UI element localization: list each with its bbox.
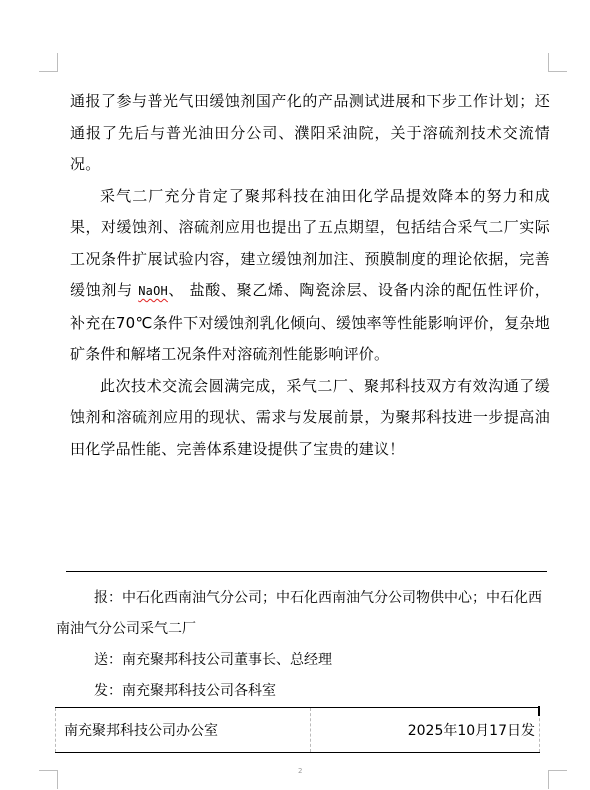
margin-corner-mark-top-left [39,53,58,72]
issuer-footer-table: 南充聚邦科技公司办公室 2025年10月17日发 [55,707,540,753]
margin-corner-mark-bottom-right [548,770,567,789]
distribution-report-to[interactable]: 报：中石化西南油气分公司；中石化西南油气分公司物供中心；中石化西南油气分公司采气… [56,583,546,645]
paragraph-expectations[interactable]: 采气二厂充分肯定了聚邦科技在油田化学品提效降本的努力和成果，对缓蚀剂、溶硫剂应用… [70,181,550,371]
section-divider-line [66,571,547,572]
paragraph-progress-report[interactable]: 通报了参与普光气田缓蚀剂国产化的产品测试进展和下步工作计划；还通报了先后与普光油… [70,86,550,181]
distribution-issue-to[interactable]: 发：南充聚邦科技公司各科室 [56,676,546,707]
margin-corner-mark-top-right [548,53,567,72]
distribution-list[interactable]: 报：中石化西南油气分公司；中石化西南油气分公司物供中心；中石化西南油气分公司采气… [56,583,546,707]
issue-date: 2025年10月17日发 [408,720,535,740]
page-number: 2 [298,767,302,775]
document-body[interactable]: 通报了参与普光气田缓蚀剂国产化的产品测试进展和下步工作计划；还通报了先后与普光油… [70,86,550,465]
document-page: 通报了参与普光气田缓蚀剂国产化的产品测试进展和下步工作计划；还通报了先后与普光油… [0,0,590,790]
table-end-marker [538,706,540,716]
issue-date-cell[interactable]: 2025年10月17日发 [311,708,540,752]
paragraph-conclusion[interactable]: 此次技术交流会圆满完成，采气二厂、聚邦科技双方有效沟通了缓蚀剂和溶硫剂应用的现状… [70,371,550,466]
issuer-cell[interactable]: 南充聚邦科技公司办公室 [55,708,311,752]
margin-corner-mark-bottom-left [39,770,58,789]
spellcheck-flagged-word[interactable]: NaOH [138,284,168,298]
distribution-send-to[interactable]: 送：南充聚邦科技公司董事长、总经理 [56,645,546,676]
issuer-name: 南充聚邦科技公司办公室 [64,720,218,740]
